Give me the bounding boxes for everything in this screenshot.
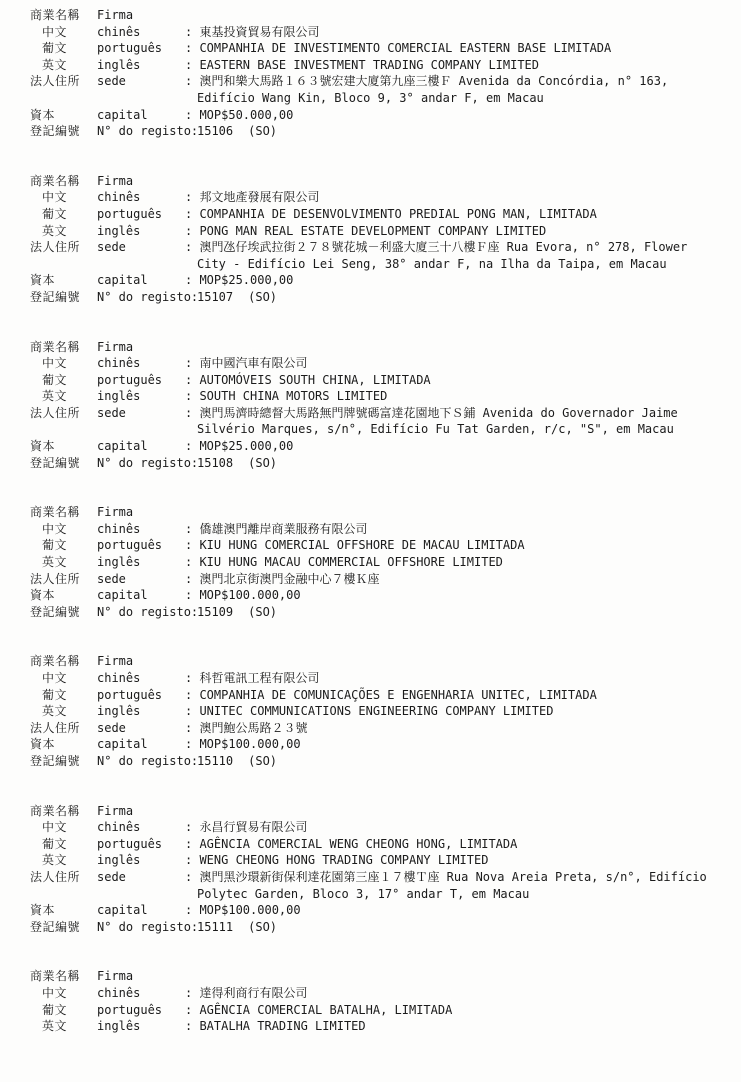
registo-suffix: (SO) xyxy=(248,919,277,936)
english-name-row: 英文 inglês : EASTERN BASE INVESTMENT TRAD… xyxy=(30,57,741,74)
registo-label-pt: N° do registo: xyxy=(97,289,197,306)
registo-label-pt: N° do registo: xyxy=(97,753,197,770)
firma-row: 商業名稱 Firma xyxy=(30,803,741,820)
firma-label-pt: Firma xyxy=(97,339,185,356)
sede-label-zh: 法人住所 xyxy=(30,720,97,737)
firma-label-zh: 商業名稱 xyxy=(30,968,97,985)
colon: : xyxy=(185,1019,199,1033)
chinese-label-zh: 中文 xyxy=(30,670,97,687)
firma-label-zh: 商業名稱 xyxy=(30,173,97,190)
english-name-row: 英文 inglês : BATALHA TRADING LIMITED xyxy=(30,1018,741,1035)
sede-label-pt: sede xyxy=(97,720,185,737)
registo-label-pt: N° do registo: xyxy=(97,919,197,936)
english-label-zh: 英文 xyxy=(30,703,97,720)
colon: : xyxy=(185,224,199,238)
sede-row: 法人住所 sede : 澳門和樂大馬路１６３號宏建大廈第九座三樓Ｆ Avenid… xyxy=(30,73,741,90)
chinese-label-pt: chinês xyxy=(97,985,185,1002)
colon: : xyxy=(185,820,199,834)
firma-label-pt: Firma xyxy=(97,968,185,985)
sede-value: : 澳門黑沙環新街保利達花園第三座１７樓Ｔ座 Rua Nova Areia Pr… xyxy=(185,869,707,886)
registo-label-zh: 登記編號 xyxy=(30,123,97,140)
company-record: 商業名稱 Firma 中文 chinês : 邦文地產發展有限公司 葡文 por… xyxy=(30,173,741,306)
colon: : xyxy=(185,721,199,735)
capital-label-zh: 資本 xyxy=(30,902,97,919)
sede-row: 法人住所 sede : 澳門鮑公馬路２３號 xyxy=(30,720,741,737)
portuguese-label-zh: 葡文 xyxy=(30,537,97,554)
colon: : xyxy=(185,58,199,72)
registo-row: 登記編號 N° do registo: 15108 (SO) xyxy=(30,455,741,472)
sede-label-pt: sede xyxy=(97,239,185,256)
capital-value: : MOP$25.000,00 xyxy=(185,438,293,455)
capital-label-pt: capital xyxy=(97,438,185,455)
portuguese-name-row: 葡文 português : COMPANHIA DE DESENVOLVIME… xyxy=(30,206,741,223)
colon: : xyxy=(185,25,199,39)
sede-value-line2: Edifício Wang Kin, Bloco 9, 3° andar F, … xyxy=(197,90,544,107)
company-record: 商業名稱 Firma 中文 chinês : 南中國汽車有限公司 葡文 port… xyxy=(30,339,741,472)
sede-row: 法人住所 sede : 澳門馬濟時總督大馬路無門牌號碼富達花園地下Ｓ鋪 Aven… xyxy=(30,405,741,422)
firma-label-pt: Firma xyxy=(97,504,185,521)
colon: : xyxy=(185,373,199,387)
capital-label-zh: 資本 xyxy=(30,587,97,604)
english-label-zh: 英文 xyxy=(30,223,97,240)
colon: : xyxy=(185,671,199,685)
sede-value-line2: City - Edifício Lei Seng, 38° andar F, n… xyxy=(197,256,667,273)
portuguese-label-pt: português xyxy=(97,687,185,704)
chinese-name-value: : 科哲電訊工程有限公司 xyxy=(185,670,319,687)
capital-value: : MOP$50.000,00 xyxy=(185,107,293,124)
portuguese-label-pt: português xyxy=(97,836,185,853)
sede-label-pt: sede xyxy=(97,405,185,422)
portuguese-name-value: : AGÊNCIA COMERCIAL WENG CHEONG HONG, LI… xyxy=(185,836,517,853)
english-name-value: : KIU HUNG MACAU COMMERCIAL OFFSHORE LIM… xyxy=(185,554,503,571)
registo-suffix: (SO) xyxy=(248,753,277,770)
registo-label-zh: 登記編號 xyxy=(30,289,97,306)
capital-value: : MOP$25.000,00 xyxy=(185,272,293,289)
registo-number: 15107 xyxy=(197,289,233,306)
firma-label-pt: Firma xyxy=(97,653,185,670)
portuguese-label-pt: português xyxy=(97,537,185,554)
capital-label-zh: 資本 xyxy=(30,736,97,753)
portuguese-name-row: 葡文 português : AUTOMÓVEIS SOUTH CHINA, L… xyxy=(30,372,741,389)
chinese-name-row: 中文 chinês : 東基投資貿易有限公司 xyxy=(30,24,741,41)
firma-row: 商業名稱 Firma xyxy=(30,504,741,521)
english-label-zh: 英文 xyxy=(30,852,97,869)
sede-row: 法人住所 sede : 澳門北京街澳門金融中心７樓Ｋ座 xyxy=(30,571,741,588)
chinese-name-value: : 永昌行貿易有限公司 xyxy=(185,819,307,836)
portuguese-name-row: 葡文 português : AGÊNCIA COMERCIAL WENG CH… xyxy=(30,836,741,853)
colon: : xyxy=(185,704,199,718)
chinese-name-value: : 南中國汽車有限公司 xyxy=(185,355,307,372)
firma-label-zh: 商業名稱 xyxy=(30,339,97,356)
chinese-name-row: 中文 chinês : 南中國汽車有限公司 xyxy=(30,355,741,372)
chinese-label-pt: chinês xyxy=(97,189,185,206)
portuguese-name-row: 葡文 português : AGÊNCIA COMERCIAL BATALHA… xyxy=(30,1002,741,1019)
registo-number: 15111 xyxy=(197,919,233,936)
capital-value: : MOP$100.000,00 xyxy=(185,587,301,604)
sede-continuation-row: Edifício Wang Kin, Bloco 9, 3° andar F, … xyxy=(30,90,741,107)
registo-number: 15106 xyxy=(197,123,233,140)
colon: : xyxy=(185,108,199,122)
registo-suffix: (SO) xyxy=(248,604,277,621)
chinese-name-row: 中文 chinês : 永昌行貿易有限公司 xyxy=(30,819,741,836)
capital-label-zh: 資本 xyxy=(30,272,97,289)
capital-label-zh: 資本 xyxy=(30,438,97,455)
chinese-label-pt: chinês xyxy=(97,24,185,41)
colon: : xyxy=(185,837,199,851)
english-name-value: : SOUTH CHINA MOTORS LIMITED xyxy=(185,388,387,405)
sede-continuation-row: City - Edifício Lei Seng, 38° andar F, n… xyxy=(30,256,741,273)
portuguese-label-pt: português xyxy=(97,40,185,57)
registo-row: 登記編號 N° do registo: 15110 (SO) xyxy=(30,753,741,770)
english-name-value: : BATALHA TRADING LIMITED xyxy=(185,1018,366,1035)
firma-row: 商業名稱 Firma xyxy=(30,968,741,985)
registo-label-zh: 登記編號 xyxy=(30,604,97,621)
sede-label-zh: 法人住所 xyxy=(30,405,97,422)
english-label-pt: inglês xyxy=(97,554,185,571)
chinese-label-pt: chinês xyxy=(97,670,185,687)
english-name-value: : PONG MAN REAL ESTATE DEVELOPMENT COMPA… xyxy=(185,223,546,240)
colon: : xyxy=(185,870,199,884)
colon: : xyxy=(185,903,199,917)
chinese-label-pt: chinês xyxy=(97,819,185,836)
colon: : xyxy=(185,688,199,702)
chinese-label-pt: chinês xyxy=(97,521,185,538)
sede-value-line2: Silvério Marques, s/n°, Edifício Fu Tat … xyxy=(197,421,674,438)
firma-label-zh: 商業名稱 xyxy=(30,653,97,670)
sede-label-zh: 法人住所 xyxy=(30,571,97,588)
english-name-value: : UNITEC COMMUNICATIONS ENGINEERING COMP… xyxy=(185,703,553,720)
english-label-pt: inglês xyxy=(97,852,185,869)
chinese-name-row: 中文 chinês : 邦文地產發展有限公司 xyxy=(30,189,741,206)
sede-label-pt: sede xyxy=(97,571,185,588)
portuguese-label-zh: 葡文 xyxy=(30,372,97,389)
portuguese-label-pt: português xyxy=(97,1002,185,1019)
firma-label-zh: 商業名稱 xyxy=(30,803,97,820)
portuguese-label-zh: 葡文 xyxy=(30,40,97,57)
colon: : xyxy=(185,588,199,602)
firma-label-pt: Firma xyxy=(97,173,185,190)
capital-row: 資本 capital : MOP$100.000,00 xyxy=(30,587,741,604)
sede-row: 法人住所 sede : 澳門氹仔埃武拉街２７８號花城－利盛大廈三十八樓Ｆ座 Ru… xyxy=(30,239,741,256)
portuguese-name-value: : KIU HUNG COMERCIAL OFFSHORE DE MACAU L… xyxy=(185,537,525,554)
firma-row: 商業名稱 Firma xyxy=(30,7,741,24)
sede-label-pt: sede xyxy=(97,73,185,90)
sede-value: : 澳門和樂大馬路１６３號宏建大廈第九座三樓Ｆ Avenida da Concó… xyxy=(185,73,668,90)
chinese-label-zh: 中文 xyxy=(30,521,97,538)
colon: : xyxy=(185,555,199,569)
colon: : xyxy=(185,853,199,867)
sede-value: : 澳門北京街澳門金融中心７樓Ｋ座 xyxy=(185,571,379,588)
colon: : xyxy=(185,572,199,586)
english-name-row: 英文 inglês : UNITEC COMMUNICATIONS ENGINE… xyxy=(30,703,741,720)
english-label-pt: inglês xyxy=(97,223,185,240)
sede-label-zh: 法人住所 xyxy=(30,73,97,90)
company-record: 商業名稱 Firma 中文 chinês : 東基投資貿易有限公司 葡文 por… xyxy=(30,7,741,140)
colon: : xyxy=(185,538,199,552)
firma-row: 商業名稱 Firma xyxy=(30,339,741,356)
colon: : xyxy=(185,190,199,204)
registo-number: 15110 xyxy=(197,753,233,770)
capital-row: 資本 capital : MOP$100.000,00 xyxy=(30,736,741,753)
colon: : xyxy=(185,273,199,287)
english-name-row: 英文 inglês : KIU HUNG MACAU COMMERCIAL OF… xyxy=(30,554,741,571)
portuguese-label-pt: português xyxy=(97,206,185,223)
portuguese-name-value: : COMPANHIA DE INVESTIMENTO COMERCIAL EA… xyxy=(185,40,611,57)
capital-row: 資本 capital : MOP$25.000,00 xyxy=(30,272,741,289)
portuguese-name-row: 葡文 português : KIU HUNG COMERCIAL OFFSHO… xyxy=(30,537,741,554)
chinese-label-zh: 中文 xyxy=(30,189,97,206)
firma-label-pt: Firma xyxy=(97,7,185,24)
sede-value: : 澳門鮑公馬路２３號 xyxy=(185,720,307,737)
sede-continuation-row: Silvério Marques, s/n°, Edifício Fu Tat … xyxy=(30,421,741,438)
portuguese-name-row: 葡文 português : COMPANHIA DE COMUNICAÇÕES… xyxy=(30,687,741,704)
capital-label-pt: capital xyxy=(97,107,185,124)
english-label-pt: inglês xyxy=(97,57,185,74)
registo-label-pt: N° do registo: xyxy=(97,455,197,472)
colon: : xyxy=(185,389,199,403)
registo-row: 登記編號 N° do registo: 15107 (SO) xyxy=(30,289,741,306)
colon: : xyxy=(185,439,199,453)
english-name-row: 英文 inglês : SOUTH CHINA MOTORS LIMITED xyxy=(30,388,741,405)
sede-row: 法人住所 sede : 澳門黑沙環新街保利達花園第三座１７樓Ｔ座 Rua Nov… xyxy=(30,869,741,886)
chinese-name-value: : 邦文地產發展有限公司 xyxy=(185,189,319,206)
chinese-label-zh: 中文 xyxy=(30,819,97,836)
registo-label-pt: N° do registo: xyxy=(97,123,197,140)
sede-label-zh: 法人住所 xyxy=(30,869,97,886)
registo-label-zh: 登記編號 xyxy=(30,919,97,936)
chinese-name-value: : 東基投資貿易有限公司 xyxy=(185,24,319,41)
sede-label-pt: sede xyxy=(97,869,185,886)
colon: : xyxy=(185,74,199,88)
company-record: 商業名稱 Firma 中文 chinês : 科哲電訊工程有限公司 葡文 por… xyxy=(30,653,741,769)
capital-value: : MOP$100.000,00 xyxy=(185,736,301,753)
registo-row: 登記編號 N° do registo: 15106 (SO) xyxy=(30,123,741,140)
registo-suffix: (SO) xyxy=(248,289,277,306)
portuguese-label-zh: 葡文 xyxy=(30,1002,97,1019)
chinese-label-zh: 中文 xyxy=(30,24,97,41)
capital-label-pt: capital xyxy=(97,736,185,753)
capital-row: 資本 capital : MOP$50.000,00 xyxy=(30,107,741,124)
english-label-zh: 英文 xyxy=(30,554,97,571)
chinese-label-zh: 中文 xyxy=(30,355,97,372)
chinese-label-pt: chinês xyxy=(97,355,185,372)
portuguese-name-value: : COMPANHIA DE COMUNICAÇÕES E ENGENHARIA… xyxy=(185,687,597,704)
registo-label-zh: 登記編號 xyxy=(30,753,97,770)
company-record: 商業名稱 Firma 中文 chinês : 僑雄澳門離岸商業服務有限公司 葡文… xyxy=(30,504,741,620)
chinese-name-row: 中文 chinês : 科哲電訊工程有限公司 xyxy=(30,670,741,687)
capital-label-pt: capital xyxy=(97,272,185,289)
chinese-name-value: : 僑雄澳門離岸商業服務有限公司 xyxy=(185,521,367,538)
capital-label-zh: 資本 xyxy=(30,107,97,124)
company-record: 商業名稱 Firma 中文 chinês : 永昌行貿易有限公司 葡文 port… xyxy=(30,803,741,936)
capital-row: 資本 capital : MOP$25.000,00 xyxy=(30,438,741,455)
sede-value: : 澳門氹仔埃武拉街２７８號花城－利盛大廈三十八樓Ｆ座 Rua Evora, n… xyxy=(185,239,687,256)
sede-value-line2: Polytec Garden, Bloco 3, 17° andar T, em… xyxy=(197,886,529,903)
english-label-zh: 英文 xyxy=(30,388,97,405)
portuguese-name-value: : COMPANHIA DE DESENVOLVIMENTO PREDIAL P… xyxy=(185,206,597,223)
sede-continuation-row: Polytec Garden, Bloco 3, 17° andar T, em… xyxy=(30,886,741,903)
chinese-name-value: : 達得利商行有限公司 xyxy=(185,985,307,1002)
portuguese-label-zh: 葡文 xyxy=(30,836,97,853)
firma-label-pt: Firma xyxy=(97,803,185,820)
colon: : xyxy=(185,1003,199,1017)
colon: : xyxy=(185,737,199,751)
colon: : xyxy=(185,41,199,55)
portuguese-name-row: 葡文 português : COMPANHIA DE INVESTIMENTO… xyxy=(30,40,741,57)
colon: : xyxy=(185,986,199,1000)
english-label-pt: inglês xyxy=(97,703,185,720)
company-record-truncated: 商業名稱 Firma 中文 chinês : 達得利商行有限公司 葡文 port… xyxy=(30,968,741,1034)
portuguese-label-pt: português xyxy=(97,372,185,389)
colon: : xyxy=(185,522,199,536)
chinese-label-zh: 中文 xyxy=(30,985,97,1002)
firma-row: 商業名稱 Firma xyxy=(30,653,741,670)
registo-suffix: (SO) xyxy=(248,455,277,472)
registry-document-page: 商業名稱 Firma 中文 chinês : 東基投資貿易有限公司 葡文 por… xyxy=(0,0,741,1082)
capital-row: 資本 capital : MOP$100.000,00 xyxy=(30,902,741,919)
registo-suffix: (SO) xyxy=(248,123,277,140)
registo-number: 15109 xyxy=(197,604,233,621)
portuguese-name-value: : AGÊNCIA COMERCIAL BATALHA, LIMITADA xyxy=(185,1002,452,1019)
english-name-row: 英文 inglês : WENG CHEONG HONG TRADING COM… xyxy=(30,852,741,869)
colon: : xyxy=(185,240,199,254)
english-name-row: 英文 inglês : PONG MAN REAL ESTATE DEVELOP… xyxy=(30,223,741,240)
registo-number: 15108 xyxy=(197,455,233,472)
sede-value: : 澳門馬濟時總督大馬路無門牌號碼富達花園地下Ｓ鋪 Avenida do Gov… xyxy=(185,405,678,422)
english-name-value: : WENG CHEONG HONG TRADING COMPANY LIMIT… xyxy=(185,852,488,869)
capital-value: : MOP$100.000,00 xyxy=(185,902,301,919)
colon: : xyxy=(185,356,199,370)
firma-label-zh: 商業名稱 xyxy=(30,504,97,521)
english-label-pt: inglês xyxy=(97,388,185,405)
portuguese-label-zh: 葡文 xyxy=(30,687,97,704)
firma-label-zh: 商業名稱 xyxy=(30,7,97,24)
portuguese-label-zh: 葡文 xyxy=(30,206,97,223)
capital-label-pt: capital xyxy=(97,587,185,604)
english-label-zh: 英文 xyxy=(30,1018,97,1035)
capital-label-pt: capital xyxy=(97,902,185,919)
english-label-zh: 英文 xyxy=(30,57,97,74)
english-label-pt: inglês xyxy=(97,1018,185,1035)
chinese-name-row: 中文 chinês : 達得利商行有限公司 xyxy=(30,985,741,1002)
english-name-value: : EASTERN BASE INVESTMENT TRADING COMPAN… xyxy=(185,57,539,74)
chinese-name-row: 中文 chinês : 僑雄澳門離岸商業服務有限公司 xyxy=(30,521,741,538)
registo-label-pt: N° do registo: xyxy=(97,604,197,621)
colon: : xyxy=(185,406,199,420)
firma-row: 商業名稱 Firma xyxy=(30,173,741,190)
registo-row: 登記編號 N° do registo: 15111 (SO) xyxy=(30,919,741,936)
colon: : xyxy=(185,207,199,221)
registo-label-zh: 登記編號 xyxy=(30,455,97,472)
portuguese-name-value: : AUTOMÓVEIS SOUTH CHINA, LIMITADA xyxy=(185,372,431,389)
sede-label-zh: 法人住所 xyxy=(30,239,97,256)
registo-row: 登記編號 N° do registo: 15109 (SO) xyxy=(30,604,741,621)
